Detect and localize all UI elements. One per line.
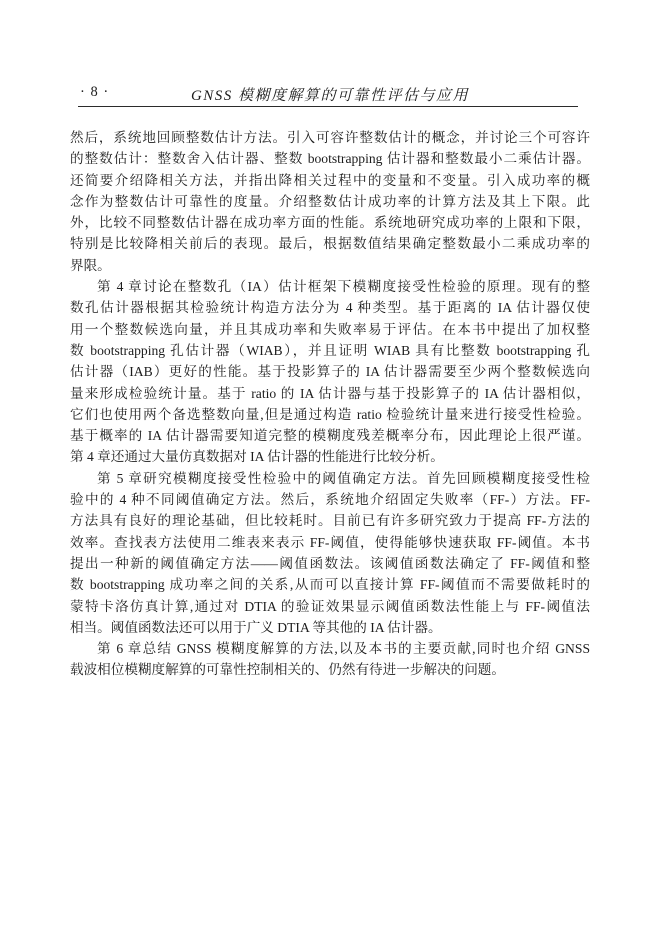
text-line: 载波相位模糊度解算的可靠性控制相关的、仍然有待进一步解决的问题。 bbox=[70, 659, 590, 680]
text-line: 量来形成检验统计量。基于 ratio 的 IA 估计器与基于投影算子的 IA 估… bbox=[70, 383, 590, 404]
text-line: 特别是比较降相关前后的表现。最后，根据数值结果确定整数最小二乘成功率的 bbox=[70, 233, 590, 254]
text-line: 数 bootstrapping 成功率之间的关系,从而可以直接计算 FF-阈值而… bbox=[70, 574, 590, 595]
text-line: 数孔估计器根据其检验统计构造方法分为 4 种类型。基于距离的 IA 估计器仅使 bbox=[70, 297, 590, 318]
text-line: 估计器（IAB）更好的性能。基于投影算子的 IA 估计器需要至少两个整数候选向 bbox=[70, 361, 590, 382]
text-line: 界限。 bbox=[70, 255, 590, 276]
text-line: 提出一种新的阈值确定方法——阈值函数法。该阈值函数法确定了 FF-阈值和整 bbox=[70, 553, 590, 574]
text-line: 第 4 章还通过大量仿真数据对 IA 估计器的性能进行比较分析。 bbox=[70, 446, 590, 467]
text-line: 验中的 4 种不同阈值确定方法。然后，系统地介绍固定失败率（FF-）方法。FF- bbox=[70, 489, 590, 510]
text-line: 基于概率的 IA 估计器需要知道完整的模糊度残差概率分布，因此理论上很严谨。 bbox=[70, 425, 590, 446]
text-line: 数 bootstrapping 孔估计器（WIAB），并且证明 WIAB 具有比… bbox=[70, 340, 590, 361]
text-line: 的整数估计：整数舍入估计器、整数 bootstrapping 估计器和整数最小二… bbox=[70, 148, 590, 169]
page-body: 然后，系统地回顾整数估计方法。引入可容许整数估计的概念，并讨论三个可容许的整数估… bbox=[70, 127, 590, 681]
text-line: 用一个整数候选向量，并且其成功率和失败率易于评估。在本书中提出了加权整 bbox=[70, 319, 590, 340]
running-title: GNSS 模糊度解算的可靠性评估与应用 bbox=[70, 84, 590, 105]
text-line: 蒙特卡洛仿真计算,通过对 DTIA 的验证效果显示阈值函数法性能上与 FF-阈值… bbox=[70, 596, 590, 617]
text-line: 相当。阈值函数法还可以用于广义 DTIA 等其他的 IA 估计器。 bbox=[70, 617, 590, 638]
text-line: 然后，系统地回顾整数估计方法。引入可容许整数估计的概念，并讨论三个可容许 bbox=[70, 127, 590, 148]
text-line: 念作为整数估计可靠性的度量。介绍整数估计成功率的计算方法及其上下限。此 bbox=[70, 191, 590, 212]
text-line: 第 4 章讨论在整数孔（IA）估计框架下模糊度接受性检验的原理。现有的整 bbox=[70, 276, 590, 297]
text-line: 第 5 章研究模糊度接受性检验中的阈值确定方法。首先回顾模糊度接受性检 bbox=[70, 468, 590, 489]
page-header: · 8 · GNSS 模糊度解算的可靠性评估与应用 bbox=[70, 84, 590, 104]
book-page: · 8 · GNSS 模糊度解算的可靠性评估与应用 然后，系统地回顾整数估计方法… bbox=[0, 0, 661, 926]
text-line: 它们也使用两个备选整数向量,但是通过构造 ratio 检验统计量来进行接受性检验… bbox=[70, 404, 590, 425]
text-line: 方法具有良好的理论基础，但比较耗时。目前已有许多研究致力于提高 FF-方法的 bbox=[70, 510, 590, 531]
text-line: 第 6 章总结 GNSS 模糊度解算的方法,以及本书的主要贡献,同时也介绍 GN… bbox=[70, 638, 590, 659]
header-rule bbox=[78, 106, 578, 107]
text-line: 还简要介绍降相关方法，并指出降相关过程中的变量和不变量。引入成功率的概 bbox=[70, 170, 590, 191]
text-line: 效率。查找表方法使用二维表来表示 FF-阈值，使得能够快速获取 FF-阈值。本书 bbox=[70, 532, 590, 553]
text-line: 外，比较不同整数估计器在成功率方面的性能。系统地研究成功率的上限和下限， bbox=[70, 212, 590, 233]
